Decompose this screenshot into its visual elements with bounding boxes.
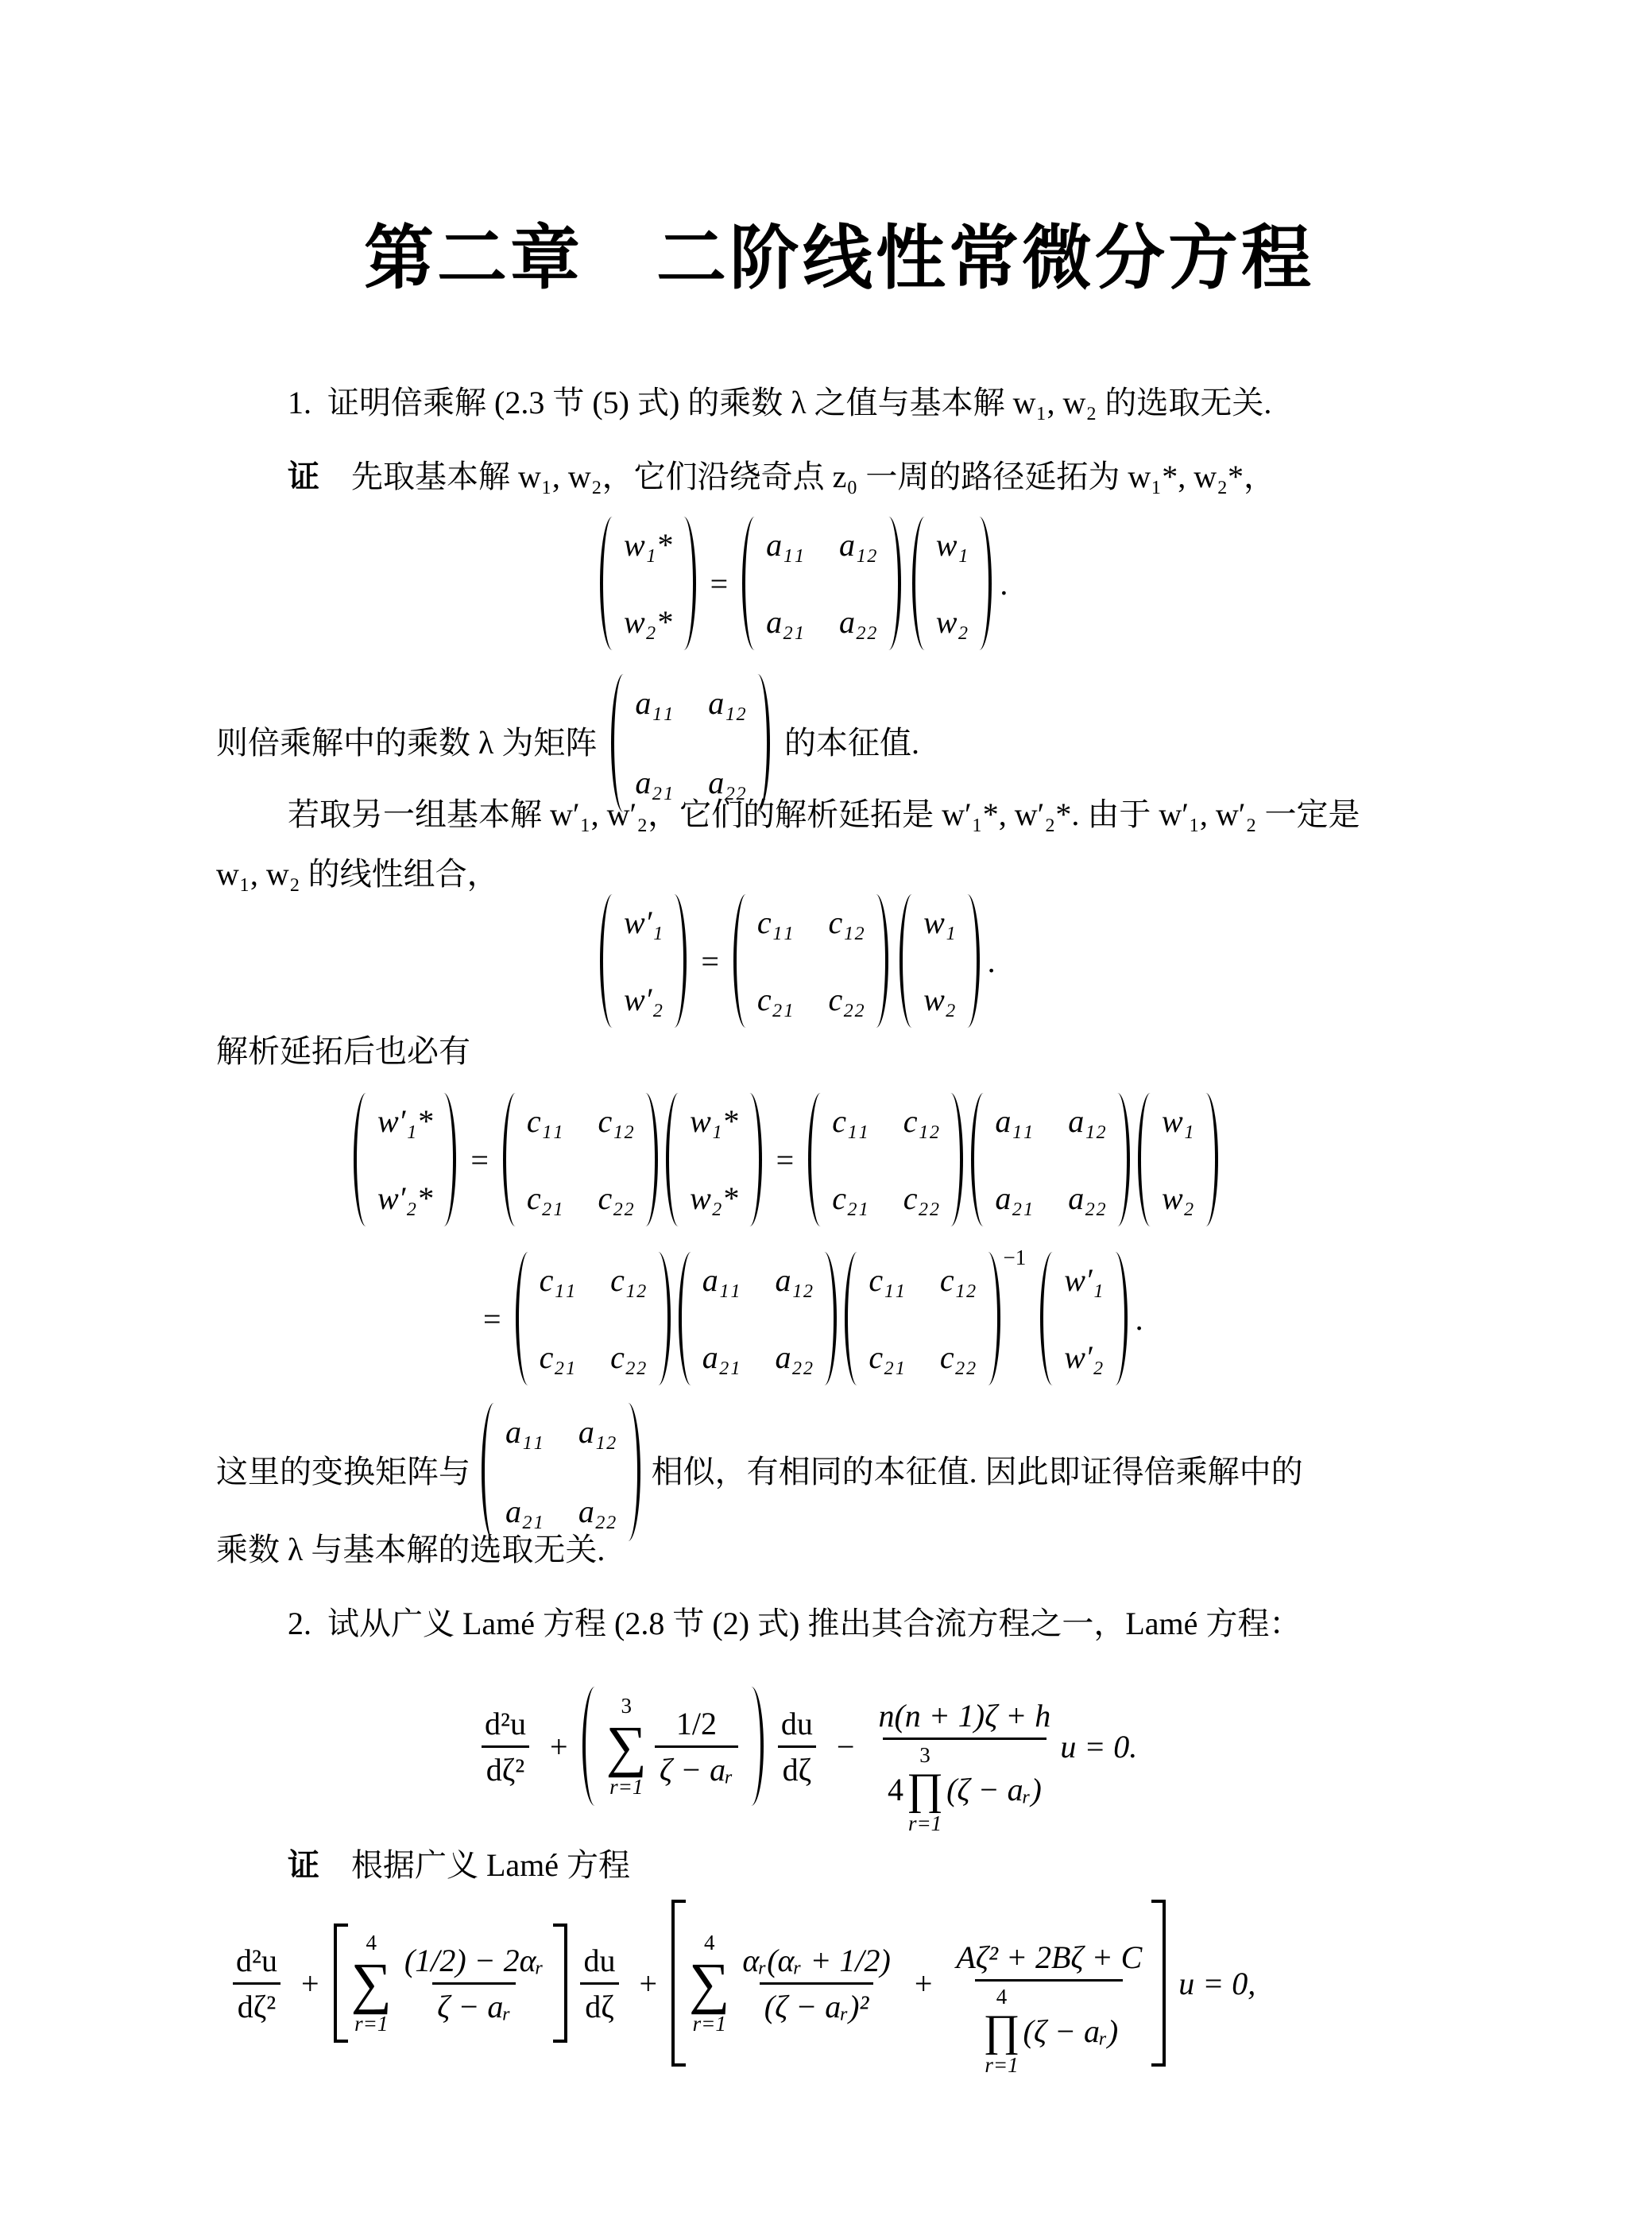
- matrix-a: a₁₁a₁₂ a₂₁a₂₂: [742, 517, 901, 650]
- lame-equation: d²udζ² + 3∑r=1 1/2ζ − aᵣ dudζ − n(n + 1)…: [475, 1657, 1137, 1835]
- equation-3-row-2: = c₁₁c₁₂ c₂₁c₂₂ a₁₁a₁₂ a₂₁a₂₂ c₁₁c₁₂ c₂₁…: [469, 1252, 1143, 1385]
- proof-label: 证: [288, 1847, 319, 1884]
- equation-3-row-1: w′₁*w′₂* = c₁₁c₁₂ c₂₁c₂₂ w₁*w₂* = c₁₁c₁₂…: [354, 1093, 1218, 1226]
- paragraph-2-line-2: w₁, w₂ 的线性组合，: [216, 854, 499, 894]
- inverse-exponent: −1: [1004, 1246, 1027, 1270]
- problem-text: 试从广义 Lamé 方程 (2.8 节 (2) 式) 推出其合流方程之一，Lam…: [327, 1606, 1301, 1641]
- chapter-title: 第二章 二阶线性常微分方程: [364, 203, 1314, 303]
- vector-w: w₁w₂: [912, 517, 992, 650]
- equation-2: w′₁w′₂ = c₁₁c₁₂ c₂₁c₂₂ w₁w₂ .: [600, 894, 996, 1028]
- analytic-continuation-line: 解析延拓后也必有: [216, 1032, 470, 1071]
- proof-text: 先取基本解 w₁, w₂，它们沿绕奇点 z₀ 一周的路径延拓为 w₁*, w₂*…: [351, 459, 1275, 494]
- proof-1-line-1: 证 先取基本解 w₁, w₂，它们沿绕奇点 z₀ 一周的路径延拓为 w₁*, w…: [288, 457, 1275, 497]
- problem-number: 1.: [288, 385, 311, 420]
- proof-2-line-1: 证 根据广义 Lamé 方程: [288, 1846, 630, 1885]
- matrix-c: c₁₁c₁₂ c₂₁c₂₂: [733, 894, 888, 1028]
- eigenvalue-line: 则倍乘解中的乘数 λ 为矩阵 a₁₁a₁₂ a₂₁a₂₂ 的本征值.: [216, 674, 919, 812]
- similarity-line: 这里的变换矩阵与 a₁₁a₁₂ a₂₁a₂₂ 相似，有相同的本征值. 因此即证得…: [216, 1403, 1303, 1541]
- problem-text: 证明倍乘解 (2.3 节 (5) 式) 的乘数 λ 之值与基本解 w₁, w₂ …: [327, 385, 1271, 420]
- proof-label: 证: [288, 459, 319, 495]
- problem-2-statement: 2. 试从广义 Lamé 方程 (2.8 节 (2) 式) 推出其合流方程之一，…: [288, 1604, 1301, 1644]
- equation-1: w₁*w₂* = a₁₁a₁₂ a₂₁a₂₂ w₁w₂ .: [600, 517, 1008, 650]
- conclusion-line: 乘数 λ 与基本解的选取无关.: [216, 1530, 605, 1570]
- problem-1-statement: 1. 证明倍乘解 (2.3 节 (5) 式) 的乘数 λ 之值与基本解 w₁, …: [288, 383, 1271, 423]
- general-lame-equation: d²udζ² + 4∑r=1 (1/2) − 2αᵣζ − aᵣ dudζ + …: [226, 1900, 1255, 2067]
- paragraph-2-line-1: 若取另一组基本解 w′₁, w′₂，它们的解析延拓是 w′₁*, w′₂*. 由…: [288, 795, 1360, 835]
- vector-lhs: w₁*w₂*: [600, 517, 696, 650]
- problem-number: 2.: [288, 1606, 311, 1641]
- matrix-a-inline: a₁₁a₁₂ a₂₁a₂₂: [611, 674, 770, 812]
